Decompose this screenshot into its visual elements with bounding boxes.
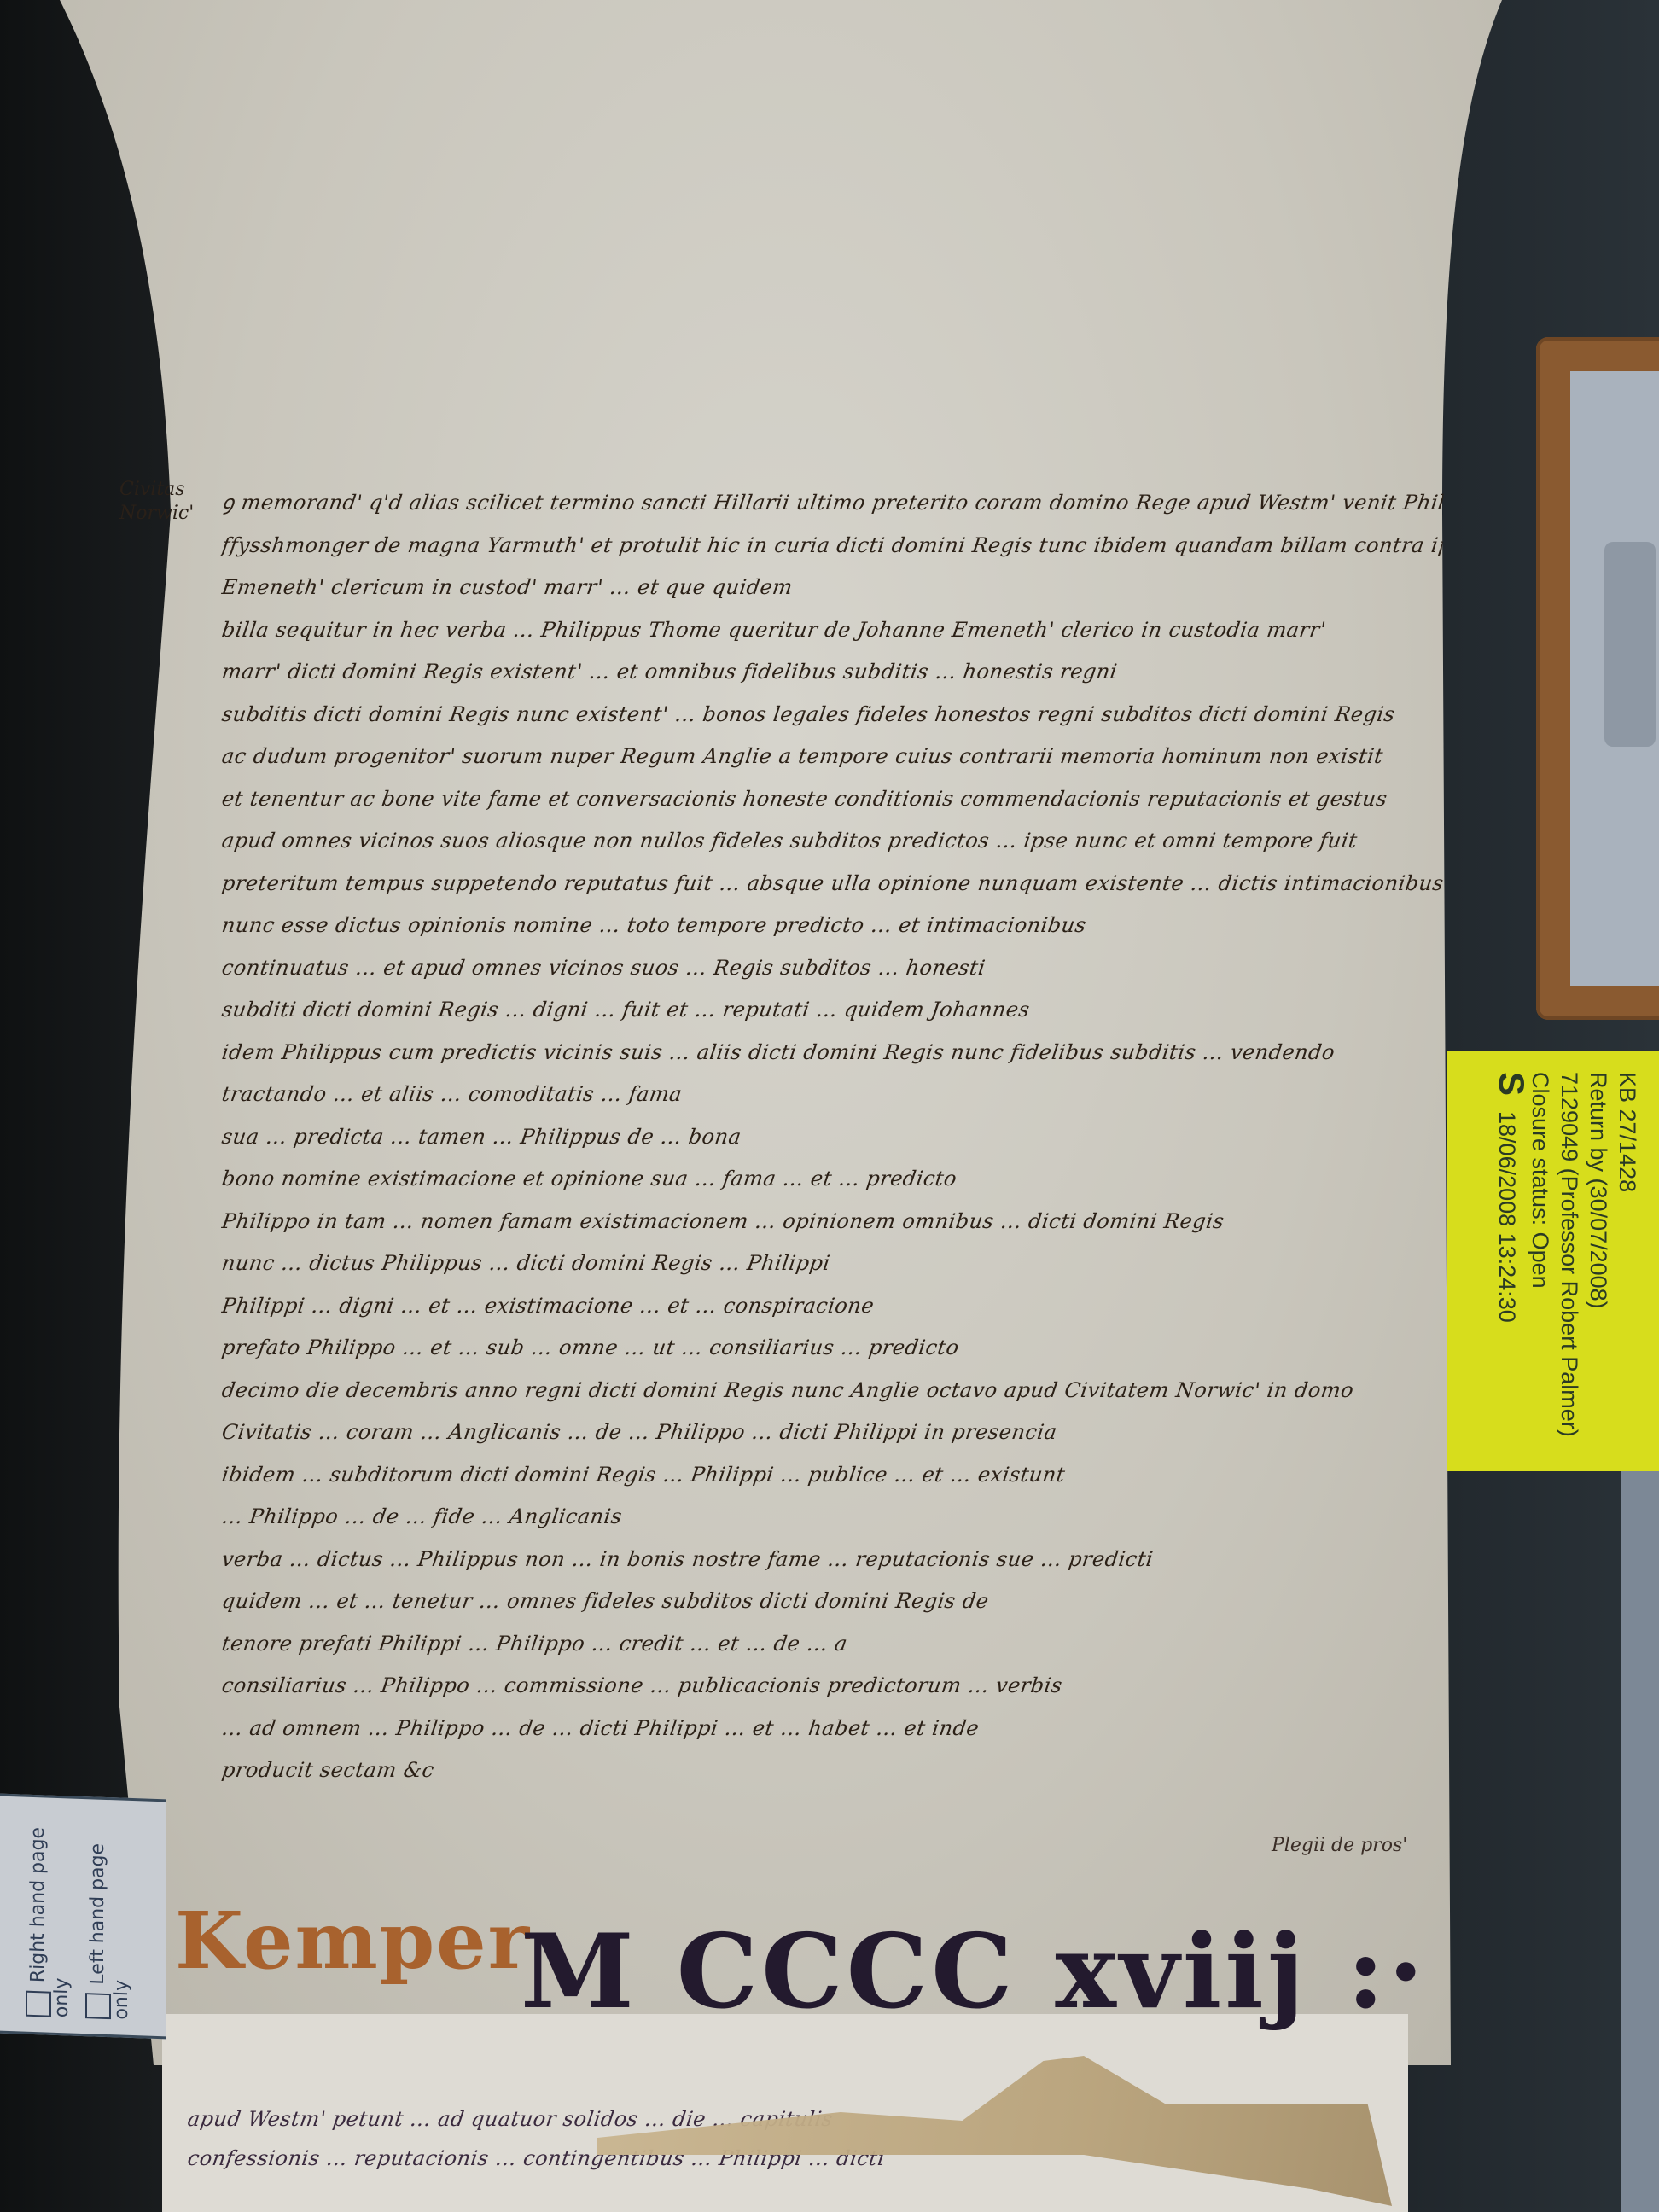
manuscript-line: Philippo in tam ... nomen famam existima… xyxy=(219,1201,1446,1243)
manuscript-line: preteritum tempus suppetendo reputatus f… xyxy=(219,863,1446,905)
manuscript-line: apud omnes vicinos suos aliosque non nul… xyxy=(219,820,1446,863)
label-closure-status: Closure status: Open xyxy=(1526,1072,1555,1451)
manuscript-line: quidem ... et ... tenetur ... omnes fide… xyxy=(219,1580,1446,1623)
margin-note: Civitas Norwic' xyxy=(119,478,194,526)
label-marker: S xyxy=(1497,1072,1526,1096)
manuscript-line: ffysshmonger de magna Yarmuth' et protul… xyxy=(219,525,1446,568)
manuscript-line: subditi dicti domini Regis ... digni ...… xyxy=(219,989,1446,1032)
manuscript-line: et tenentur ac bone vite fame et convers… xyxy=(219,778,1446,821)
year-heading-text: M CCCC xviij xyxy=(521,1912,1307,2032)
manuscript-line: tenore prefati Philippi ... Philippo ...… xyxy=(219,1623,1446,1666)
manuscript-line: Civitatis ... coram ... Anglicanis ... d… xyxy=(219,1412,1446,1454)
manuscript-line: ... Philippo ... de ... fide ... Anglica… xyxy=(219,1496,1446,1539)
manuscript-line: continuatus ... et apud omnes vicinos su… xyxy=(219,947,1446,990)
manuscript-line: consiliarius ... Philippo ... commission… xyxy=(219,1665,1446,1708)
wooden-tray xyxy=(1536,337,1659,1020)
manuscript-line: producit sectam &c xyxy=(219,1749,1446,1792)
margin-note-line: Norwic' xyxy=(119,502,194,526)
left-hand-page-option[interactable]: Left hand page only xyxy=(85,1814,133,2020)
manuscript-line: marr' dicti domini Regis existent' ... e… xyxy=(219,651,1446,694)
label-timestamp-row: S18/06/2008 13:24:30 xyxy=(1493,1072,1526,1451)
manuscript-line: prefato Philippo ... et ... sub ... omne… xyxy=(219,1327,1446,1370)
grey-strip xyxy=(1621,1468,1659,2212)
checkbox-icon[interactable] xyxy=(85,1993,111,2019)
margin-note-line: Civitas xyxy=(119,478,194,502)
option-label: Right hand page only xyxy=(27,1827,73,2018)
manuscript-line: billa sequitur in hec verba ... Philippu… xyxy=(219,609,1446,652)
manuscript-line: sua ... predicta ... tamen ... Philippus… xyxy=(219,1116,1446,1159)
manuscript-line: nunc ... dictus Philippus ... dicti domi… xyxy=(219,1243,1446,1285)
year-heading-suffix: :· xyxy=(1347,1912,1427,2032)
tray-slot xyxy=(1604,542,1656,747)
manuscript-line: Philippi ... digni ... et ... existimaci… xyxy=(219,1285,1446,1328)
page-insert-options: Right hand page only Left hand page only xyxy=(0,1796,166,2037)
archive-label-text: KB 27/1428 Return by (30/07/2008) 712904… xyxy=(1447,1051,1659,1471)
label-reader: 7129049 (Professor Robert Palmer) xyxy=(1555,1072,1584,1451)
archive-label: KB 27/1428 Return by (30/07/2008) 712904… xyxy=(1447,1051,1659,1471)
clerk-name: Kemper xyxy=(175,1895,531,1987)
manuscript-line: decimo die decembris anno regni dicti do… xyxy=(219,1370,1446,1412)
manuscript-line: verba ... dictus ... Philippus non ... i… xyxy=(219,1539,1446,1581)
manuscript-text: ꝯ memorand' q'd alias scilicet termino s… xyxy=(222,482,1442,1792)
label-timestamp: 18/06/2008 13:24:30 xyxy=(1494,1111,1520,1323)
manuscript-line: nunc esse dictus opinionis nomine ... to… xyxy=(219,905,1446,947)
right-hand-page-option[interactable]: Right hand page only xyxy=(26,1813,73,2018)
manuscript-line: idem Philippus cum predictis vicinis sui… xyxy=(219,1032,1446,1074)
manuscript-line: Emeneth' clericum in custod' marr' ... e… xyxy=(219,567,1446,609)
manuscript-line: ꝯ memorand' q'd alias scilicet termino s… xyxy=(219,482,1446,525)
manuscript-line: subditis dicti domini Regis nunc existen… xyxy=(219,694,1446,736)
label-return-by: Return by (30/07/2008) xyxy=(1584,1072,1613,1451)
checkbox-icon[interactable] xyxy=(26,1991,51,2017)
manuscript-line: bono nomine existimacione et opinione su… xyxy=(219,1158,1446,1201)
manuscript-line: tractando ... et aliis ... comoditatis .… xyxy=(219,1074,1446,1116)
manuscript-line: ac dudum progenitor' suorum nuper Regum … xyxy=(219,736,1446,778)
year-heading: M CCCC xviij :· xyxy=(521,1912,1427,2032)
page-insert-slip: Right hand page only Left hand page only xyxy=(0,1794,166,2040)
manuscript-line: ... ad omnem ... Philippo ... de ... dic… xyxy=(219,1708,1446,1750)
label-reference: KB 27/1428 xyxy=(1613,1072,1642,1451)
endnote: Plegii de pros' xyxy=(1272,1835,1407,1856)
manuscript-line: ibidem ... subditorum dicti domini Regis… xyxy=(219,1454,1446,1497)
